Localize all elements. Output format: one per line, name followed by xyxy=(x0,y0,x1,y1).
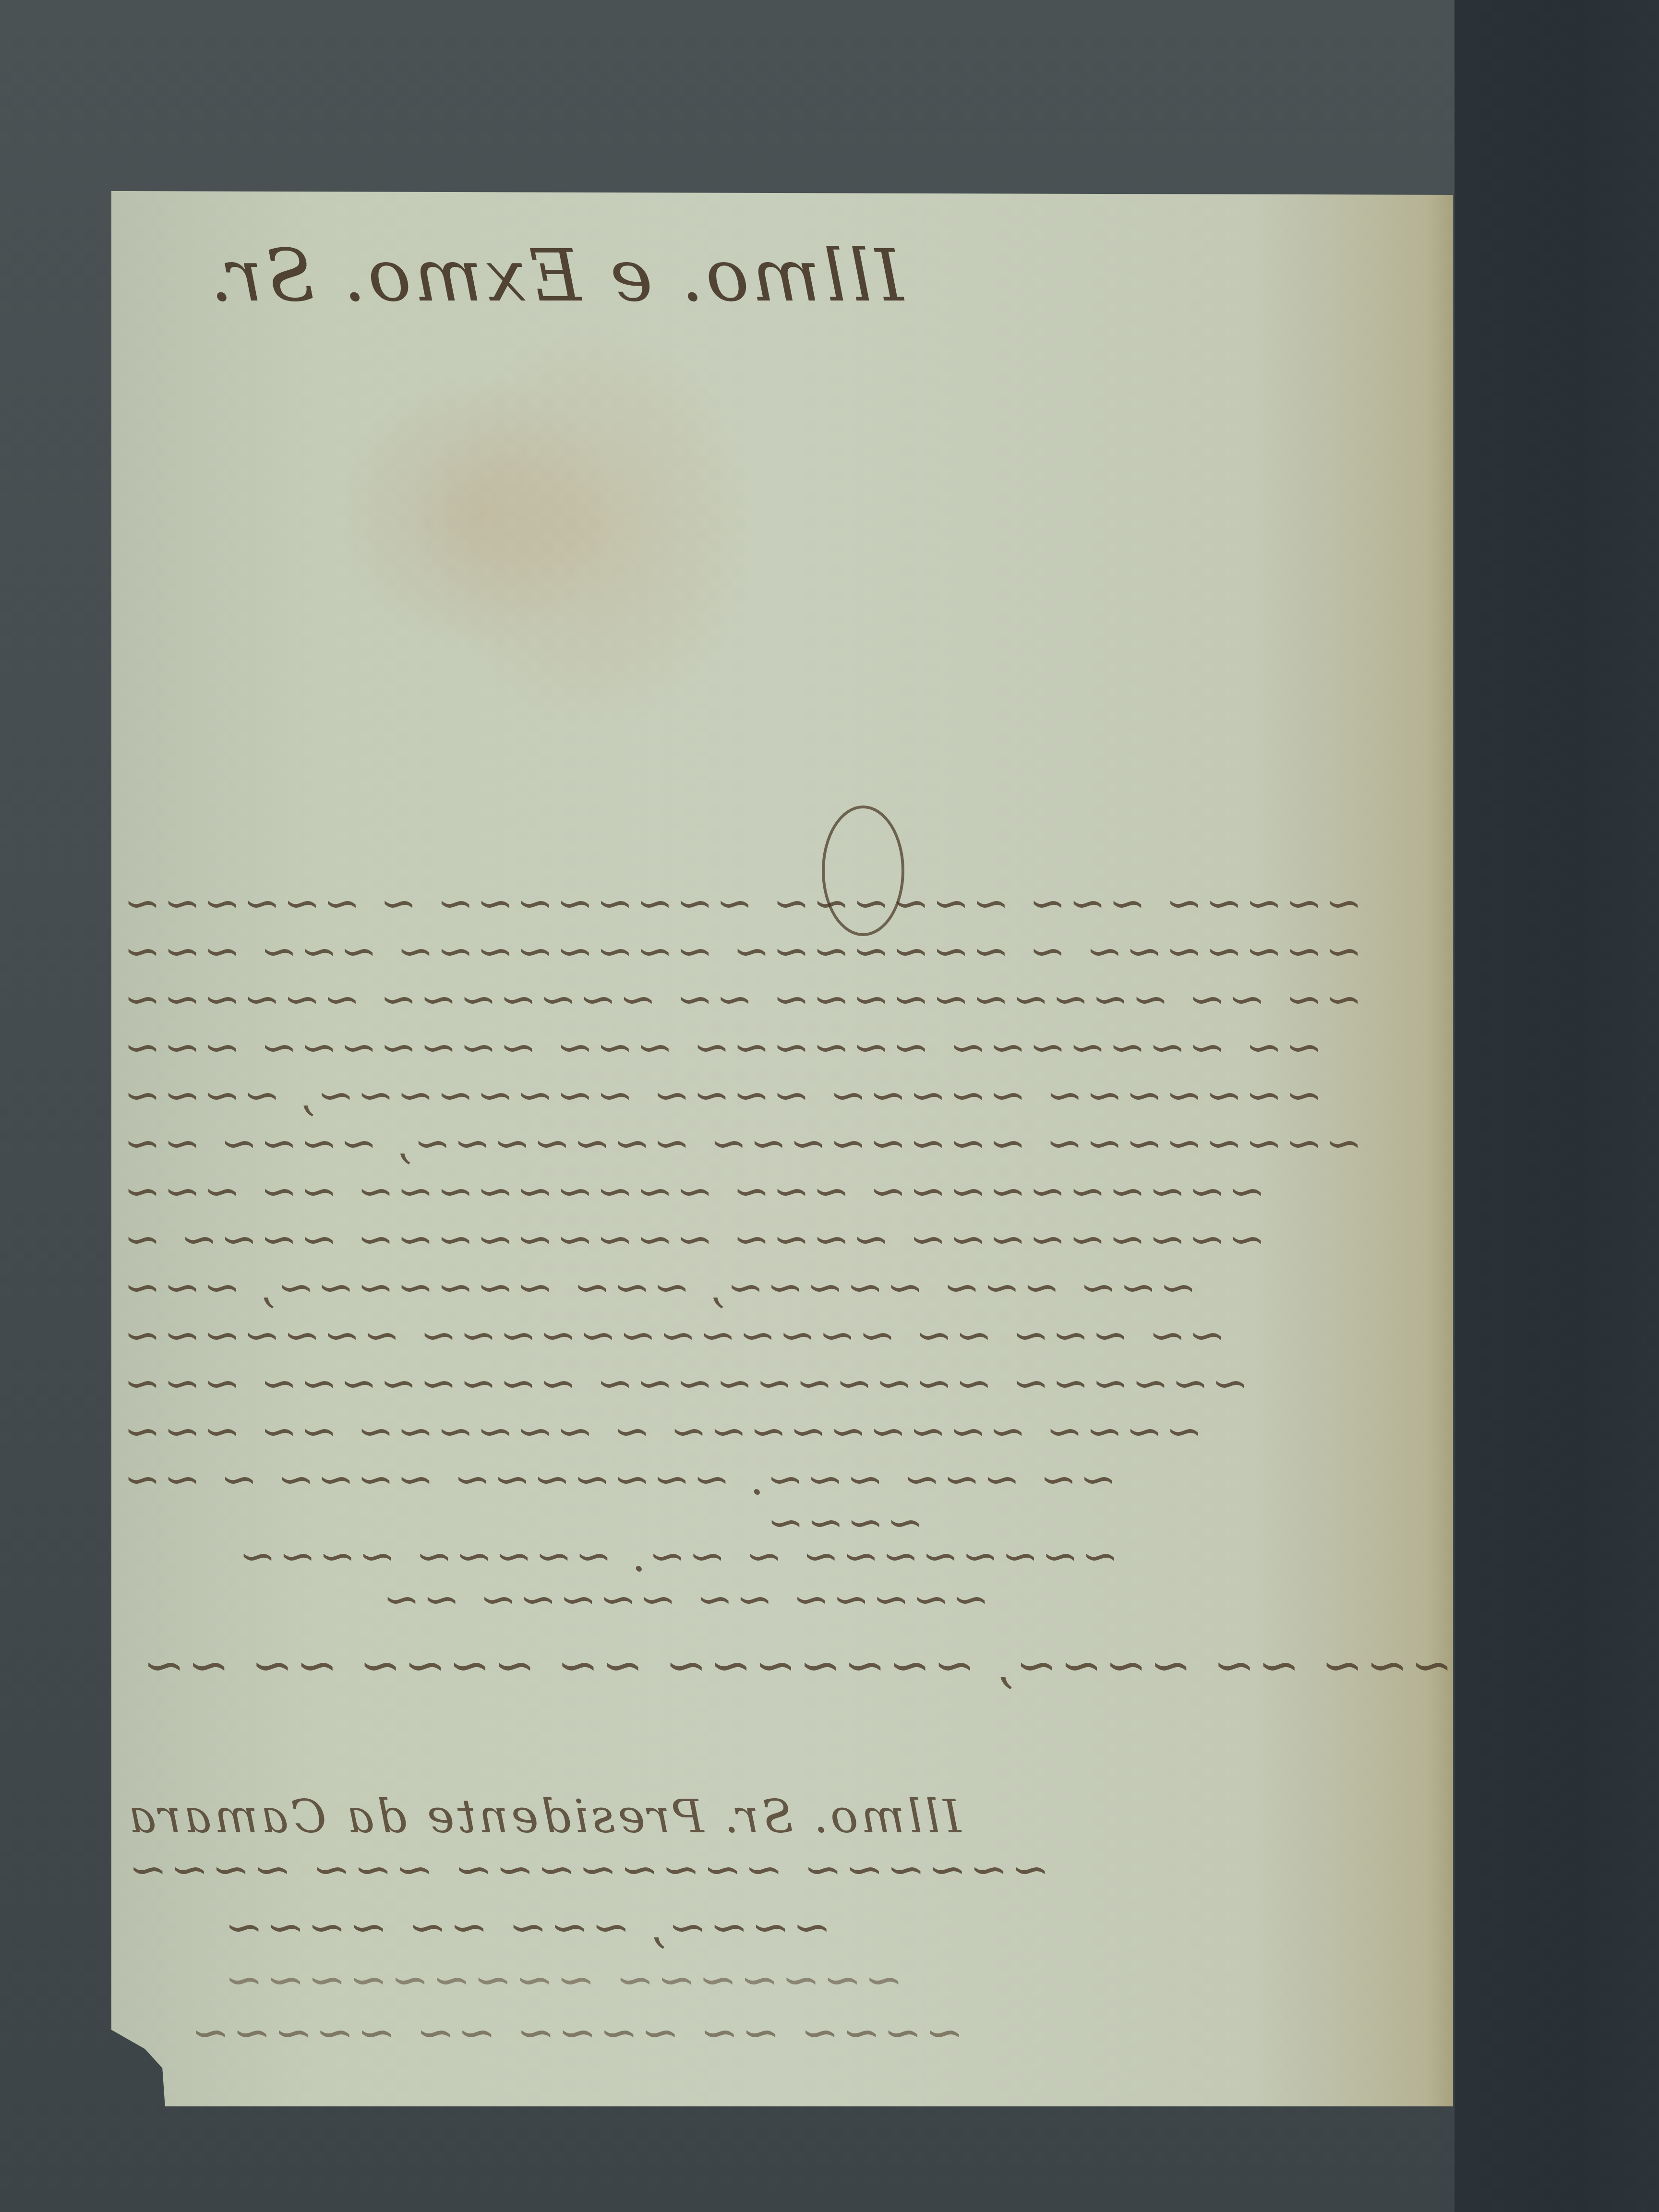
address-line: ~~~~~~ ~~~~~~~~ ~~~ ~~~~ xyxy=(126,1842,1050,1896)
address-line: ~~~~~~~ ~~~~~~~~~ xyxy=(222,1953,903,2007)
dateline: ~~. ~~. ~~~ ~~~~~~~~ ~~ ~~~~, ~~~~~~~ ~~… xyxy=(140,1636,1659,1695)
body-line: ~~ ~~ ~~~~~~~~~~ ~~ ~~~~~~~ ~~~~~~ xyxy=(121,974,1362,1025)
corner-salutation: Illmo. e Exmo. Sr. xyxy=(207,234,903,318)
body-line: ~~~~~~~ ~~~~~ ~~~~ ~~~~~~~~, ~~~~ xyxy=(121,1070,1322,1121)
address-line: ~~~~ ~~ ~~~~ ~~ ~~~~~ xyxy=(188,2006,964,2059)
body-line: ~~~~~ ~~~ ~~~~~~ ~~~~~~~~ ~ ~~~~~~ xyxy=(121,878,1362,929)
address-line: ~~~~, ~~~ ~~ ~~~~ xyxy=(222,1900,831,1954)
background-board xyxy=(1455,0,1659,2212)
body-line: ~~ ~~~ ~~ ~~~~~~~~~~~~ ~~~~~~~ xyxy=(121,1310,1226,1361)
body-line: ~~~~~~ ~~~~~~~~~~ ~~~~~~~~ ~~~ xyxy=(121,1358,1249,1409)
closing-line: ~~~~~ ~~ ~~~~~ ~~ xyxy=(380,1574,989,1625)
address-line: Illmo. Sr. Presidente da Camara xyxy=(126,1790,961,1843)
body-line: ~~~~~~~ ~ ~~~~~~~ ~~~~~~~~ ~~~ ~~~ xyxy=(121,926,1362,977)
body-line: ~~~~~~~~~~ ~~~ ~~~~~~~~~ ~~ ~~~ xyxy=(121,1166,1265,1217)
paper-stain xyxy=(337,373,615,652)
body-line: ~~~~~~~~ ~~~~~~~~ ~~~~~~~, ~~~~ ~~ xyxy=(121,1118,1362,1169)
body-line: ~~~~~~~~~ ~~~~ ~~~~~~~~~ ~~~~ ~ xyxy=(121,1214,1265,1265)
body-line: ~~ ~~~~~~~ ~~~~~~ ~~~ ~~~~~~~ ~~~ xyxy=(121,1022,1322,1073)
body-line: ~~ ~~~ ~~~. ~~~~~~~ ~~~~ ~ ~~ xyxy=(121,1454,1117,1505)
body-line: ~~~~ ~~~~~~~~~ ~ ~~~~~~ ~~ ~~~ xyxy=(121,1406,1202,1457)
manuscript-page: Illmo. e Exmo. Sr. ~~~~~ ~~~ ~~~~~~ ~~~~… xyxy=(111,191,1453,2106)
body-line: ~~~ ~~~ ~~~~~, ~~~ ~~~~~~~, ~~~ xyxy=(121,1262,1197,1313)
